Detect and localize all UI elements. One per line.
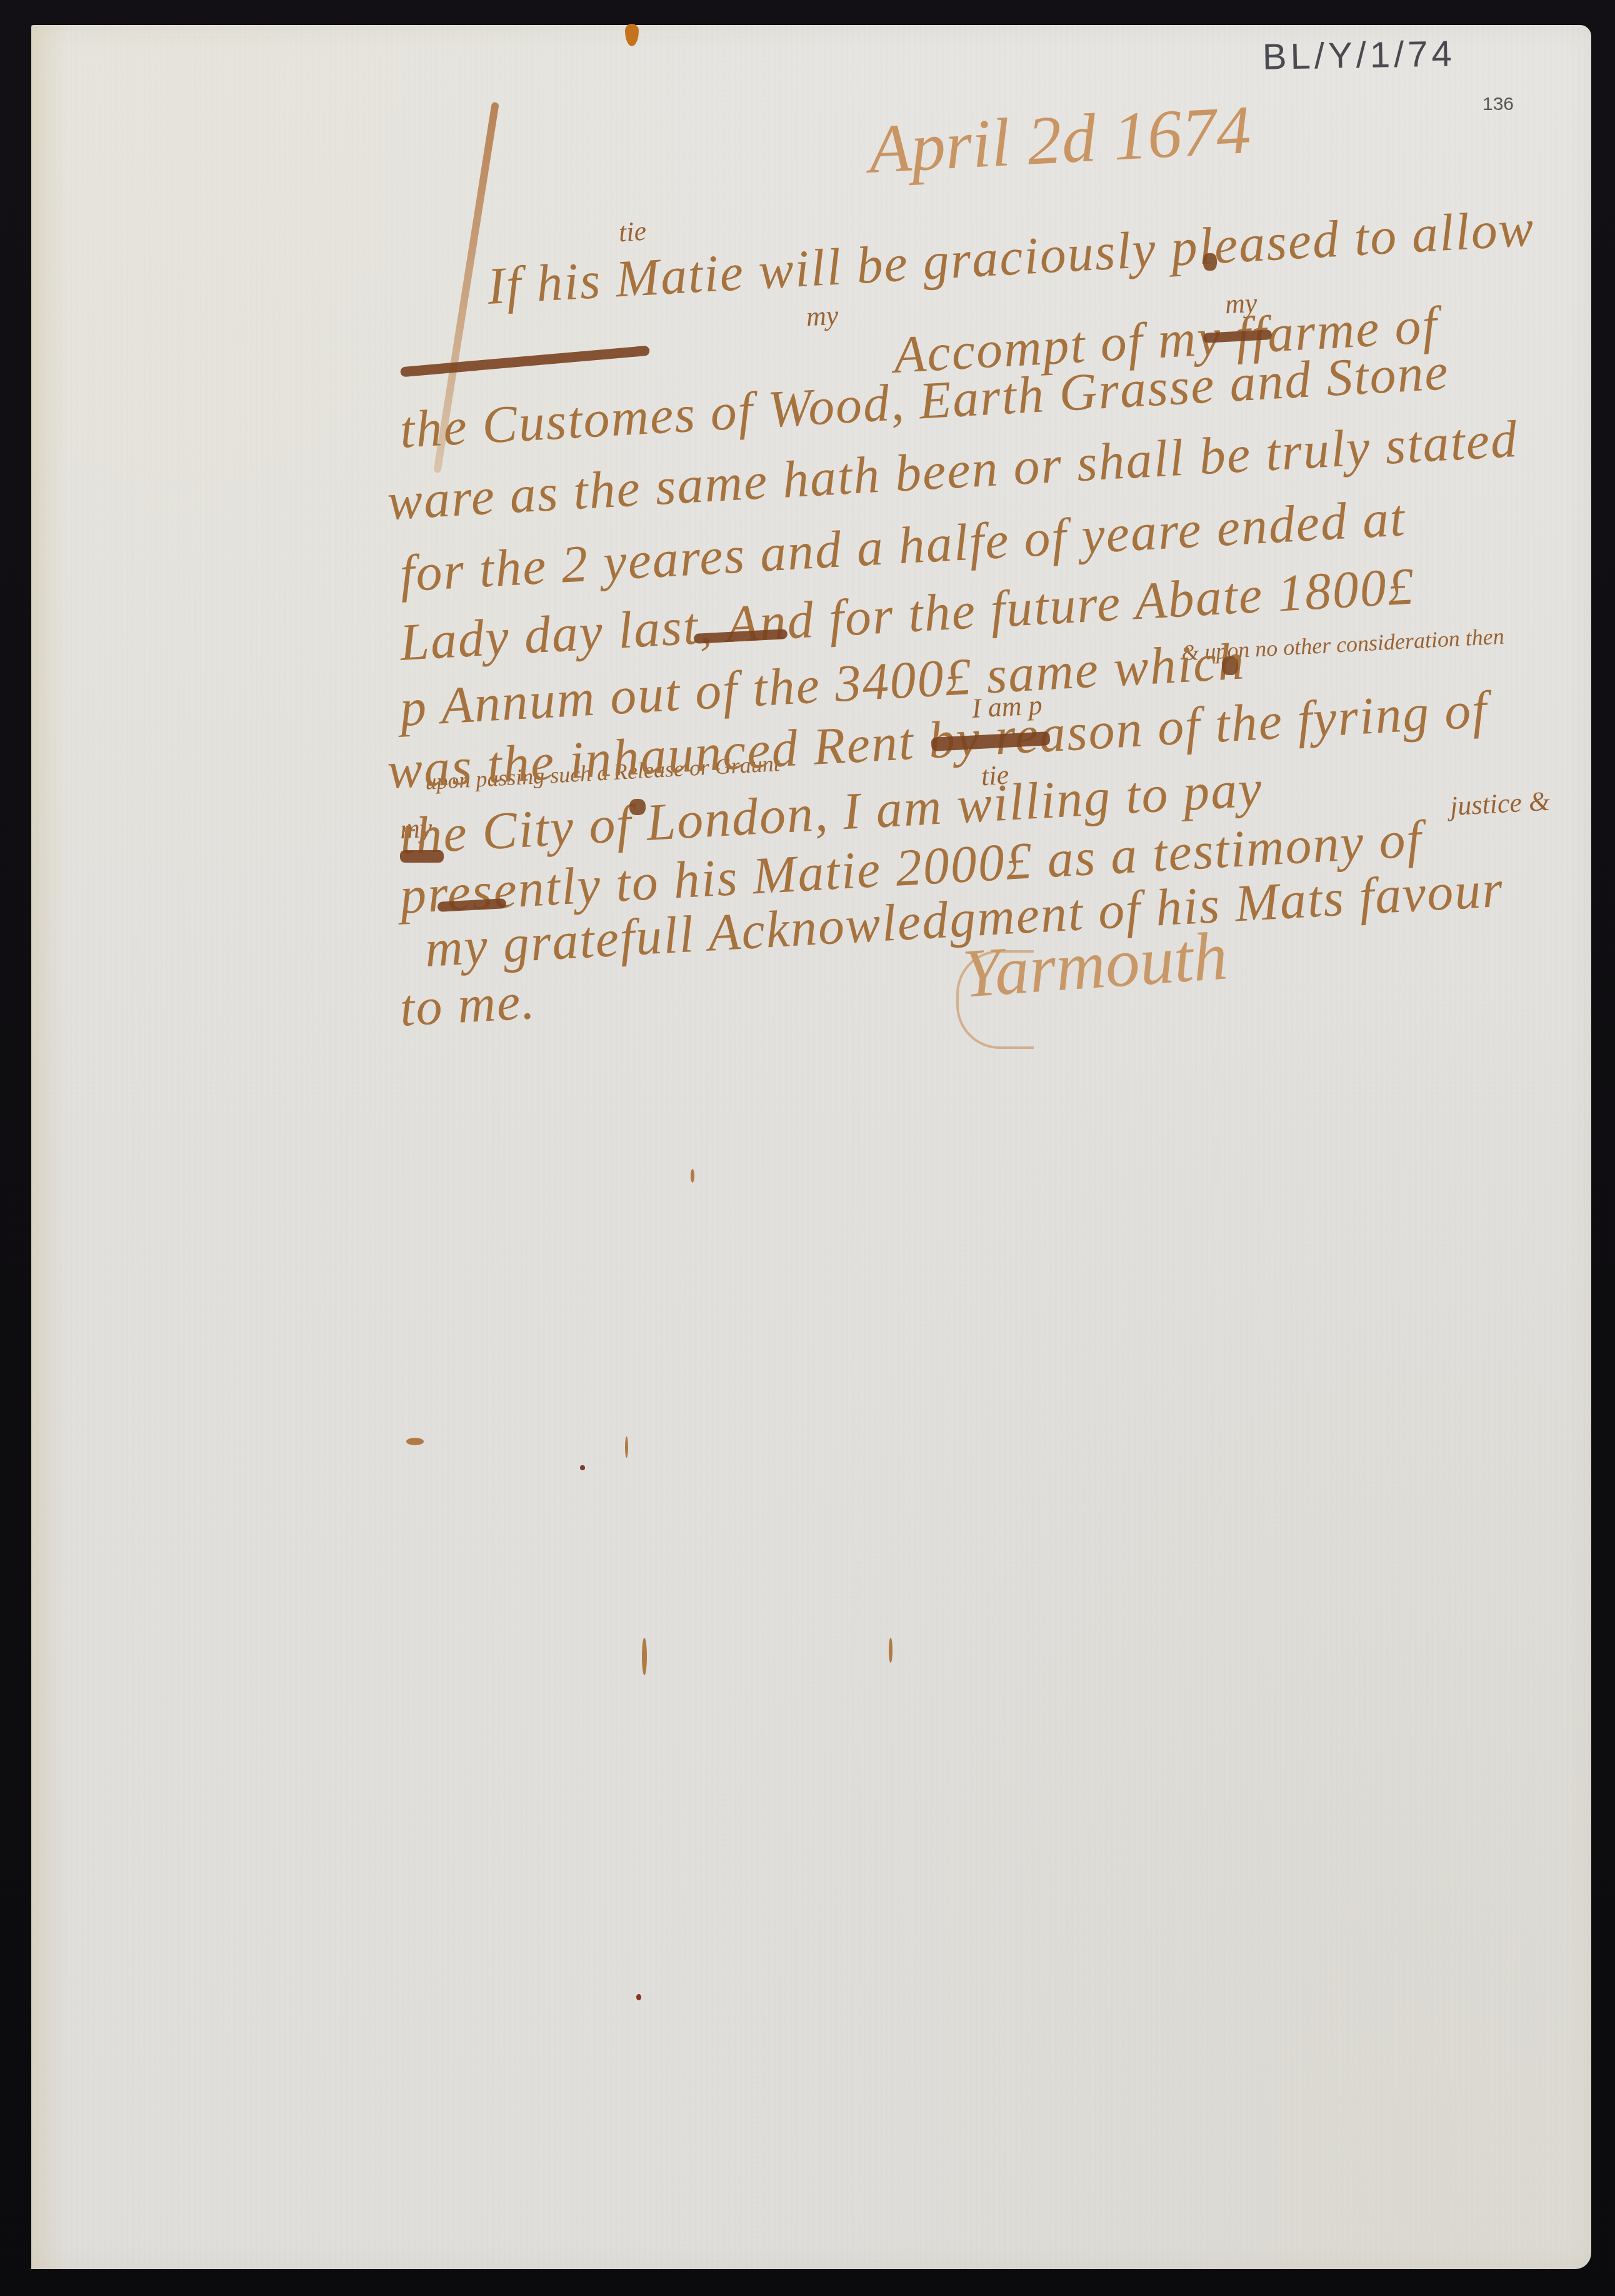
insertion-justice: justice & — [1449, 785, 1551, 822]
ink-speck — [580, 1465, 585, 1470]
body-line-12: to me. — [398, 971, 537, 1039]
insertion-tie: tie — [618, 215, 647, 248]
ink-speck — [889, 1638, 892, 1663]
folio-number: 136 — [1482, 94, 1514, 115]
ink-speck — [642, 1638, 647, 1675]
ink-speck — [691, 1169, 694, 1183]
paper-edge-discoloration — [31, 25, 69, 2269]
insertion-my: my — [806, 299, 839, 333]
ink-speck — [636, 1994, 641, 2000]
ink-speck — [406, 1438, 424, 1445]
strikethrough-his — [400, 850, 444, 863]
ink-blot-2 — [1222, 656, 1238, 675]
ink-blot-3 — [629, 799, 646, 815]
ink-blot — [1203, 253, 1217, 271]
ink-speck — [625, 1436, 628, 1458]
archive-reference: BL/Y/1/74 — [1262, 33, 1456, 78]
